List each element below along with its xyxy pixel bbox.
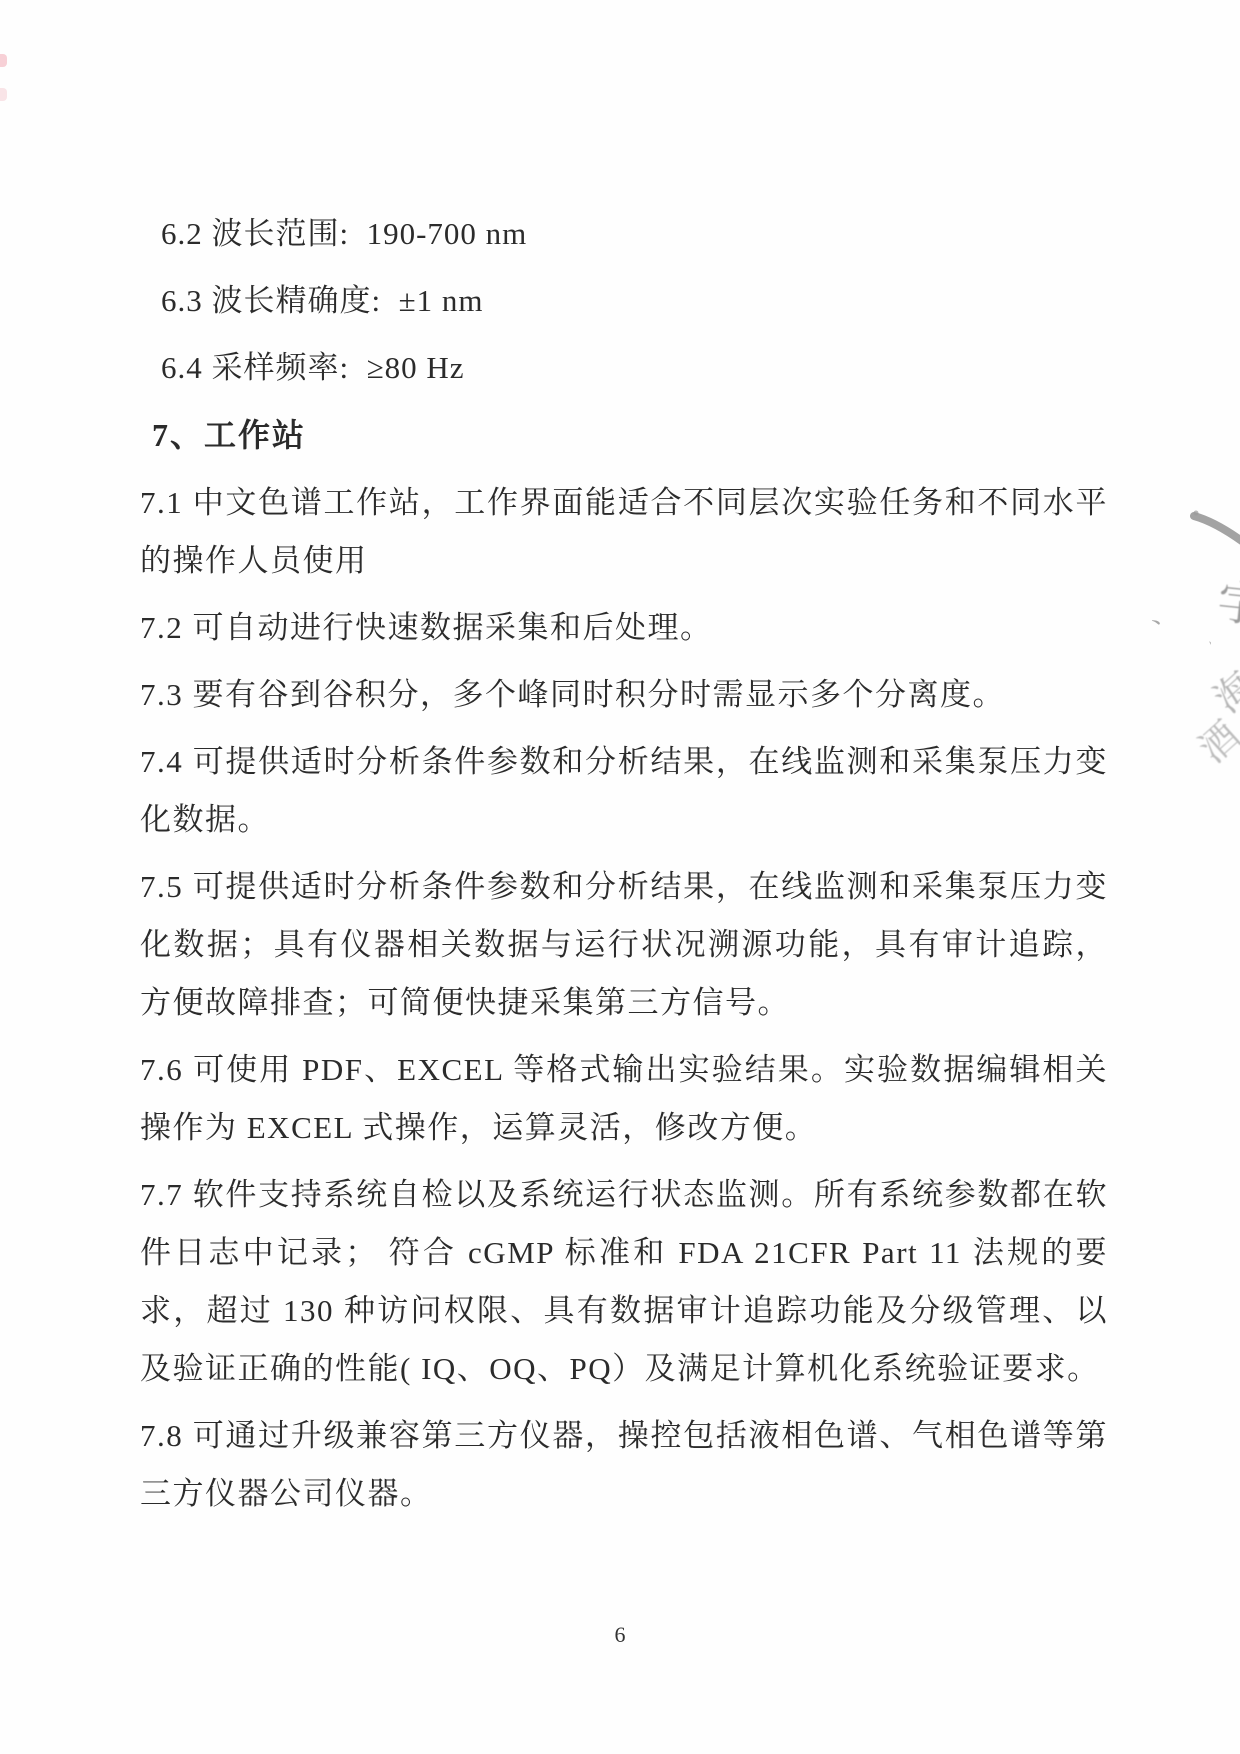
pen-stroke-mark <box>1188 500 1240 555</box>
paragraph-7-1: 7.1 中文色谱工作站，工作界面能适合不同层次实验任务和不同水平的操作人员使用 <box>140 474 1108 590</box>
section-heading-workstation: 7、工作站 <box>140 406 1108 464</box>
paragraph-7-5: 7.5 可提供适时分析条件参数和分析结果，在线监测和采集泵压力变化数据；具有仪器… <box>140 858 1108 1032</box>
paragraph-7-4: 7.4 可提供适时分析条件参数和分析结果，在线监测和采集泵压力变化数据。 <box>140 733 1108 849</box>
pen-tick-mark-icon: 、 <box>1142 589 1179 633</box>
paragraph-7-8: 7.8 可通过升级兼容第三方仪器，操控包括液相色谱、气相色谱等第三方仪器公司仪器… <box>140 1407 1108 1523</box>
spec-line-wavelength-accuracy: 6.3 波长精确度: ±1 nm <box>140 272 1108 330</box>
paragraph-7-3: 7.3 要有谷到谷积分，多个峰同时积分时需显示多个分离度。 <box>140 666 1108 724</box>
document-body: 6.2 波长范围: 190-700 nm 6.3 波长精确度: ±1 nm 6.… <box>140 205 1108 1532</box>
edge-pink-mark <box>0 54 7 67</box>
paragraph-7-6: 7.6 可使用 PDF、EXCEL 等格式输出实验结果。实验数据编辑相关操作为 … <box>140 1041 1108 1157</box>
spec-line-sampling-rate: 6.4 采样频率: ≥80 Hz <box>140 339 1108 397</box>
document-page: 6.2 波长范围: 190-700 nm 6.3 波长精确度: ±1 nm 6.… <box>0 0 1240 1754</box>
pen-dot-mark-icon: ` <box>1201 640 1213 656</box>
edge-pink-mark <box>0 88 7 101</box>
paragraph-7-7: 7.7 软件支持系统自检以及系统运行状态监测。所有系统参数都在软件日志中记录； … <box>140 1166 1108 1398</box>
signature-fragment-icon: 字 <box>1215 566 1240 636</box>
spec-line-wavelength-range: 6.2 波长范围: 190-700 nm <box>140 205 1108 263</box>
paragraph-7-2: 7.2 可自动进行快速数据采集和后处理。 <box>140 599 1108 657</box>
page-number: 6 <box>0 1622 1240 1648</box>
